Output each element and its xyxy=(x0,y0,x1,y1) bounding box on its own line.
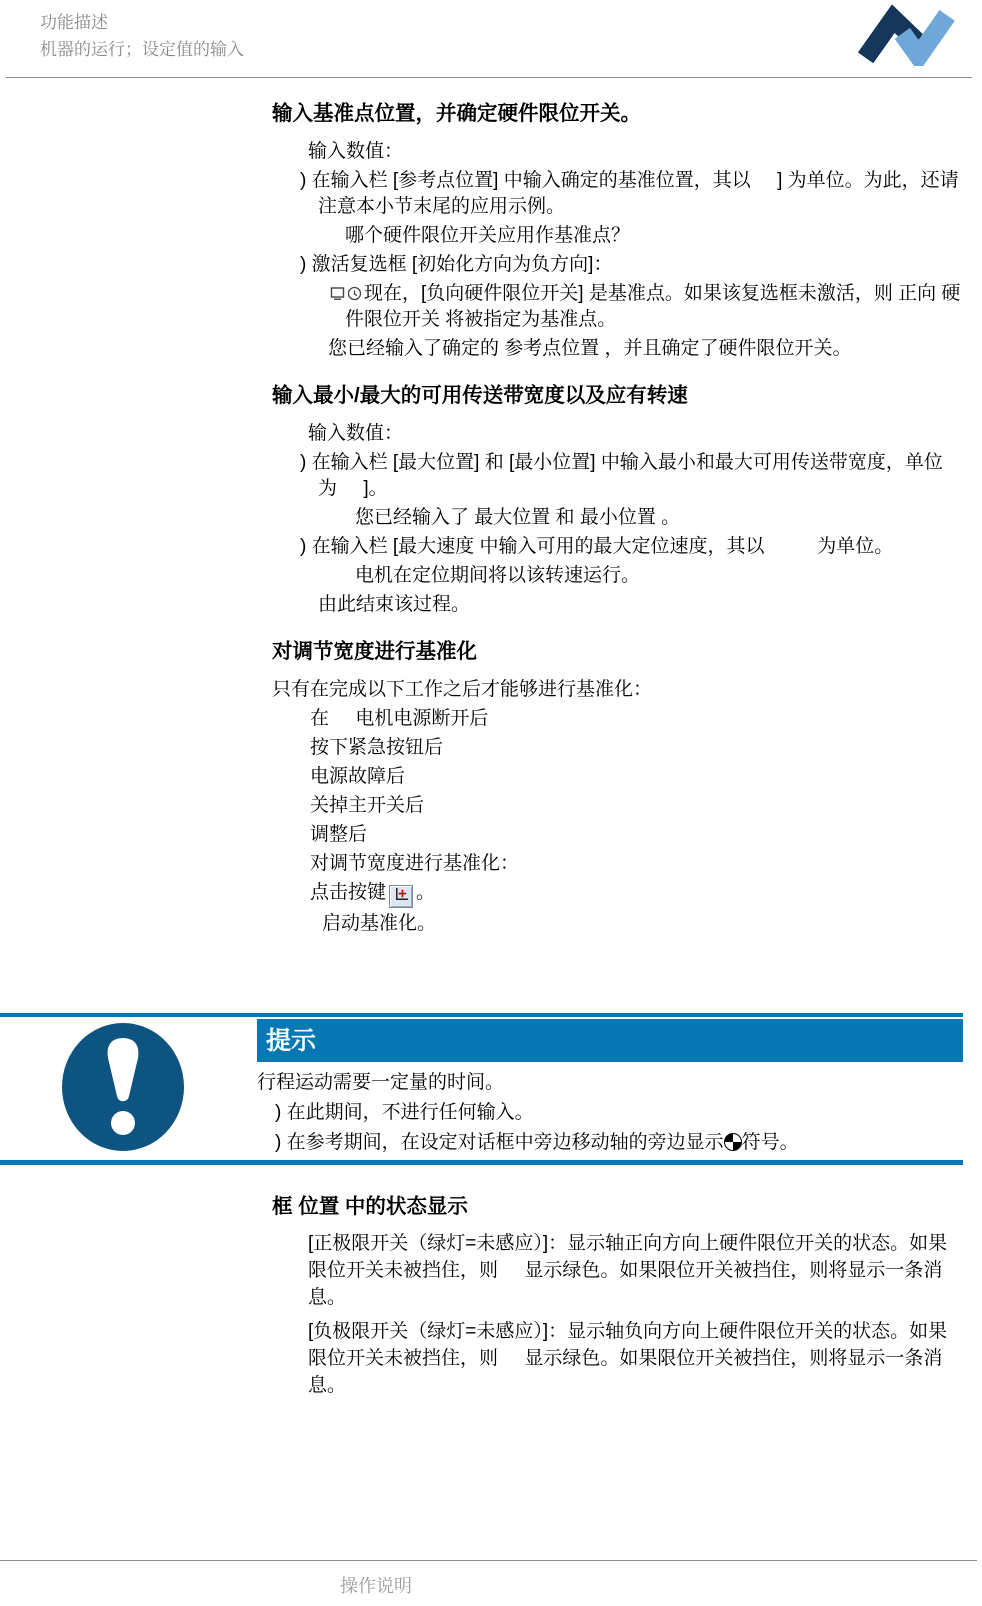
click-button-text: 点击按键 xyxy=(310,882,386,903)
enter-values-label: 输入数值： xyxy=(308,139,964,165)
enter-values-label-2: 输入数值： xyxy=(308,421,964,447)
note-motor-speed: 电机在定位期间将以该转速运行。 xyxy=(355,563,964,589)
notice-title: 提示 xyxy=(266,1027,316,1055)
result-referencing-started: 启动基准化。 xyxy=(322,911,964,937)
company-logo-icon xyxy=(858,4,958,71)
notice-bullet: ) 在此期间，不进行任何输入。 xyxy=(275,1100,963,1126)
step-activate-checkbox: ) 激活复选框 [初始化方向为负方向]： xyxy=(272,252,964,278)
click-button-period: 。 xyxy=(416,882,435,903)
notice-line: 行程运动需要一定量的时间。 xyxy=(257,1070,963,1096)
axis-moving-symbol-icon xyxy=(724,1133,742,1151)
section-title-referencing: 对调节宽度进行基准化 xyxy=(272,638,964,665)
mandatory-exclamation-icon xyxy=(62,1023,184,1156)
chapter-subtitle: 机器的运行；设定值的输入 xyxy=(40,35,244,60)
section-title-reference-point: 输入基准点位置，并确定硬件限位开关。 xyxy=(272,100,964,127)
list-item: 调整后 xyxy=(310,822,964,848)
result-min-max-entered: 您已经输入了 最大位置 和 最小位置 。 xyxy=(355,505,964,531)
list-item: 在 电机电源断开后 xyxy=(310,706,964,732)
note-negative-limit-switch: 现在，[负向硬件限位开关] 是基准点。如果该复选框未激活，则 正向 硬件限位开关… xyxy=(272,281,964,333)
list-item: 对调节宽度进行基准化： xyxy=(310,851,964,877)
footer-label: 操作说明 xyxy=(340,1572,412,1598)
reference-crosshair-button-icon xyxy=(389,885,413,908)
process-end-note: 由此结束该过程。 xyxy=(318,592,964,618)
status-section-title: 框 位置 中的状态显示 xyxy=(272,1193,974,1220)
notice-bullet-with-icon: ) 在参考期间，在设定对话框中旁边移动轴的旁边显示符号。 xyxy=(275,1130,963,1156)
main-content: 输入基准点位置，并确定硬件限位开关。 输入数值： ) 在输入栏 [参考点位置] … xyxy=(272,100,964,940)
header-divider xyxy=(6,77,972,78)
referencing-intro: 只有在完成以下工作之后才能够进行基准化： xyxy=(272,677,964,703)
screen-icon xyxy=(330,286,345,301)
note-text: 现在，[负向硬件限位开关] 是基准点。如果该复选框未激活，则 正向 硬件限位开关… xyxy=(345,283,960,330)
status-display-section: 框 位置 中的状态显示 [正极限开关（绿灯=未感应）]：显示轴正向方向上硬件限位… xyxy=(272,1193,974,1406)
list-item: 关掉主开关后 xyxy=(310,793,964,819)
clock-icon xyxy=(347,286,362,301)
step-min-max-position: ) 在输入栏 [最大位置] 和 [最小位置] 中输入最小和最大可用传送带宽度，单… xyxy=(272,450,964,502)
notice-block: 提示 行程运动需要一定量的时间。 ) 在此期间，不进行任何输入。 ) 在参考期间… xyxy=(0,1013,963,1165)
result-reference-entered: 您已经输入了确定的 参考点位置 ，并且确定了硬件限位开关。 xyxy=(328,336,964,362)
notice-bottom-rule xyxy=(0,1160,963,1165)
click-button-line: 点击按键。 xyxy=(310,880,964,908)
list-item: 按下紧急按钮后 xyxy=(310,735,964,761)
status-positive-limit: [正极限开关（绿灯=未感应）]：显示轴正向方向上硬件限位开关的状态。如果限位开关… xyxy=(308,1230,974,1311)
list-item: 电源故障后 xyxy=(310,764,964,790)
section-title-belt-width: 输入最小/最大的可用传送带宽度以及应有转速 xyxy=(272,382,964,409)
status-negative-limit: [负极限开关（绿灯=未感应）]：显示轴负向方向上硬件限位开关的状态。如果限位开关… xyxy=(308,1318,974,1399)
footer-divider xyxy=(0,1560,977,1561)
notice-top-rule xyxy=(0,1013,963,1017)
notice-title-bar: 提示 xyxy=(257,1019,963,1062)
question-limit-switch: 哪个硬件限位开关应用作基准点？ xyxy=(345,223,964,249)
doc-type-label: 功能描述 xyxy=(40,8,108,33)
step-max-speed: ) 在输入栏 [最大速度 中输入可用的最大定位速度，其以 为单位。 xyxy=(272,534,964,560)
step-reference-position: ) 在输入栏 [参考点位置] 中输入确定的基准位置，其以 ] 为单位。为此，还请… xyxy=(272,168,964,220)
